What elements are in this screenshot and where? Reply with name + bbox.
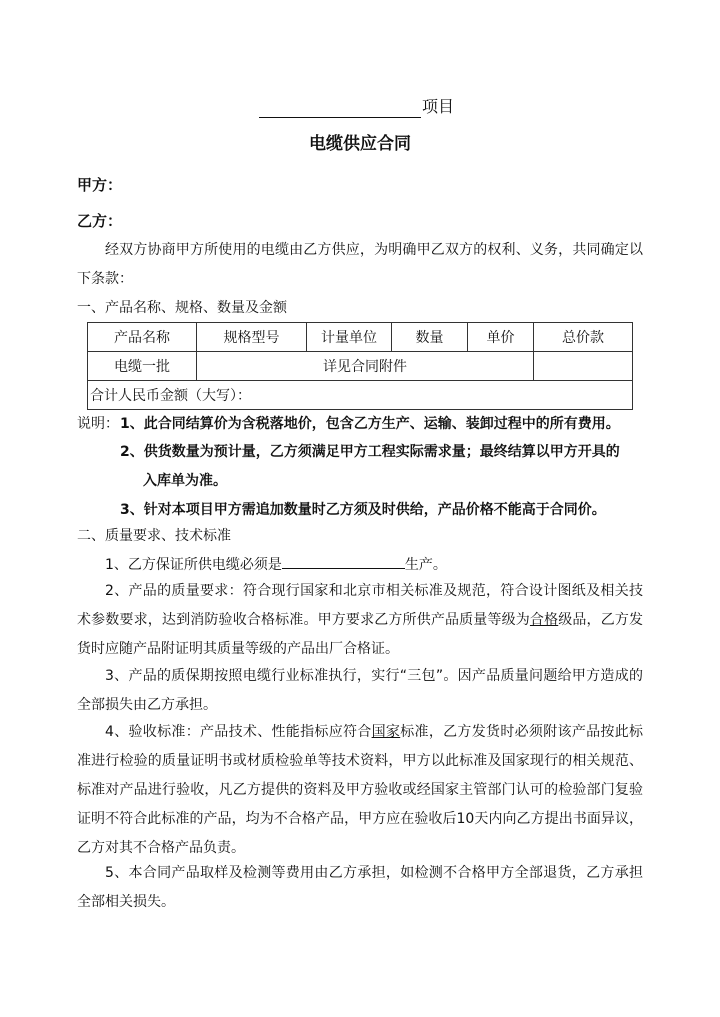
note-2-cont: 入库单为准。 [143, 471, 227, 491]
item4-text: 4、验收标准：产品技术、性能指标应符合 [105, 724, 372, 740]
table-sum-row: 合计人民币金额（大写）： [88, 381, 633, 410]
page-title: 电缆供应合同 [0, 132, 720, 156]
header-cell: 计量单位 [307, 323, 392, 352]
section2-item2: 2、产品的质量要求：符合现行国家和北京市相关标准及规范，符合设计图纸及相关技术参… [77, 577, 643, 664]
total-cell [534, 352, 633, 381]
section1-heading: 一、产品名称、规格、数量及金额 [77, 298, 287, 318]
notes-label: 说明： [77, 414, 119, 434]
product-table: 产品名称 规格型号 计量单位 数量 单价 总价款 电缆一批 详见合同附件 合计人… [87, 322, 633, 410]
section2-item4: 4、验收标准：产品技术、性能指标应符合国家标准，乙方发货时必须附该产品按此标准进… [77, 718, 643, 863]
manufacturer-blank [282, 554, 405, 569]
header-cell: 规格型号 [197, 323, 307, 352]
intro-paragraph: 经双方协商甲方所使用的电缆由乙方供应，为明确甲乙双方的权利、义务，共同确定以下条… [77, 236, 643, 294]
section2-heading: 二、质量要求、技术标准 [77, 526, 231, 546]
party-b-label: 乙方： [77, 210, 122, 232]
table-row: 电缆一批 详见合同附件 [88, 352, 633, 381]
section2-item3: 3、产品的质保期按照电缆行业标准执行，实行“三包”。因产品质量问题给甲方造成的全… [77, 662, 643, 720]
note-1: 1、此合同结算价为含税落地价，包含乙方生产、运输、装卸过程中的所有费用。 [120, 414, 620, 434]
sum-cell: 合计人民币金额（大写）： [88, 381, 633, 410]
item4-suffix: 标准，乙方发货时必须附该产品按此标准进行检验的质量证明书或材质检验单等技术资料，… [77, 724, 643, 856]
header-cell: 单价 [468, 323, 534, 352]
table-header-row: 产品名称 规格型号 计量单位 数量 单价 总价款 [88, 323, 633, 352]
quality-grade: 合格 [530, 612, 558, 628]
note-3: 3、针对本项目甲方需追加数量时乙方须及时供给，产品价格不能高于合同价。 [120, 500, 606, 520]
item1-suffix: 生产。 [405, 557, 447, 573]
standard-level: 国家 [372, 724, 401, 740]
header-cell: 数量 [392, 323, 468, 352]
project-name-blank [259, 117, 421, 118]
note-2: 2、供货数量为预计量，乙方须满足甲方工程实际需求量；最终结算以甲方开具的 [120, 442, 620, 462]
party-a-label: 甲方： [77, 174, 122, 196]
project-suffix: 项目 [422, 96, 454, 118]
product-cell: 电缆一批 [88, 352, 197, 381]
item1-text: 1、乙方保证所供电缆必须是 [105, 557, 282, 573]
section2-item1: 1、乙方保证所供电缆必须是生产。 [105, 554, 447, 575]
detail-cell: 详见合同附件 [197, 352, 534, 381]
header-cell: 产品名称 [88, 323, 197, 352]
header-cell: 总价款 [534, 323, 633, 352]
section2-item5: 5、本合同产品取样及检测等费用由乙方承担，如检测不合格甲方全部退货，乙方承担全部… [77, 859, 643, 917]
contract-page: 项目 电缆供应合同 甲方： 乙方： 经双方协商甲方所使用的电缆由乙方供应，为明确… [0, 0, 720, 1017]
